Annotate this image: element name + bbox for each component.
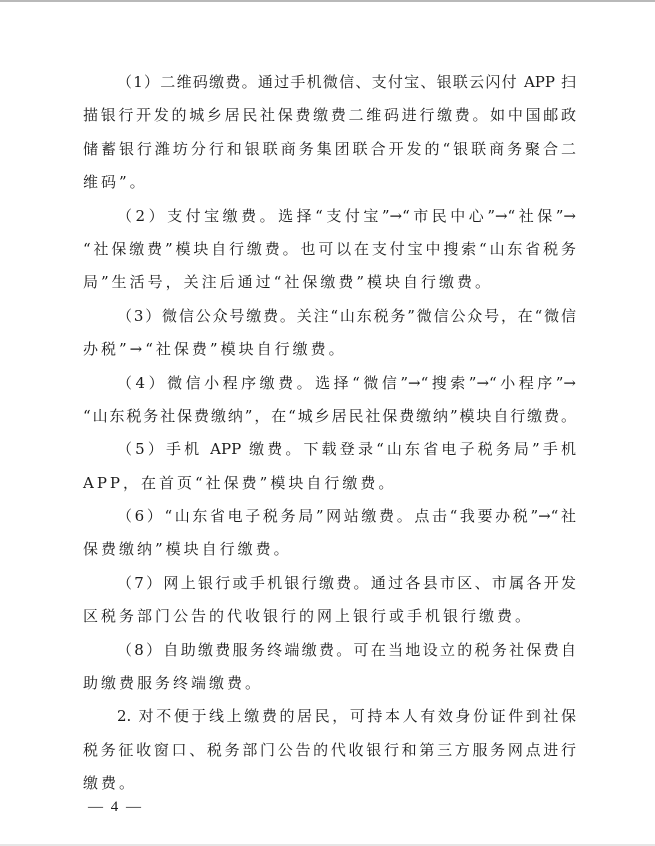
page-number: — 4 —	[88, 797, 143, 817]
page-top-border	[0, 0, 655, 2]
text-line: 描银行开发的城乡居民社保费缴费二维码进行缴费。如中国邮政	[83, 99, 576, 132]
text-line: （3）微信公众号缴费。关注“山东税务”微信公众号，在“微信	[83, 300, 576, 333]
text-line: 办税”→“社保费”模块自行缴费。	[83, 333, 576, 366]
text-line: 助缴费服务终端缴费。	[83, 667, 576, 700]
text-line: （6）“山东省电子税务局”网站缴费。点击“我要办税”→“社	[83, 500, 576, 533]
text-line: （4）微信小程序缴费。选择“微信”→“搜索”→“小程序”→	[83, 367, 576, 400]
text-line: 税务征收窗口、税务部门公告的代收银行和第三方服务网点进行	[83, 734, 576, 767]
text-line: （2）支付宝缴费。选择“支付宝”→“市民中心”→“社保”→	[83, 200, 576, 233]
text-line: （5）手机 APP 缴费。下载登录“山东省电子税务局”手机	[83, 433, 576, 466]
paragraph-qr-code-payment: （1）二维码缴费。通过手机微信、支付宝、银联云闪付 APP 扫 描银行开发的城乡…	[83, 66, 576, 200]
paragraph-online-banking-payment: （7）网上银行或手机银行缴费。通过各县市区、市属各开发 区税务部门公告的代收银行…	[83, 567, 576, 634]
paragraph-wechat-official-account-payment: （3）微信公众号缴费。关注“山东税务”微信公众号，在“微信 办税”→“社保费”模…	[83, 300, 576, 367]
text-line: 储蓄银行潍坊分行和银联商务集团联合开发的“银联商务聚合二	[83, 133, 576, 166]
text-line: 2. 对不便于线上缴费的居民，可持本人有效身份证件到社保	[83, 700, 576, 733]
text-line: 缴费。	[83, 767, 576, 800]
paragraph-self-service-terminal-payment: （8）自助缴费服务终端缴费。可在当地设立的税务社保费自 助缴费服务终端缴费。	[83, 634, 576, 701]
paragraph-wechat-mini-program-payment: （4）微信小程序缴费。选择“微信”→“搜索”→“小程序”→ “山东税务社保费缴纳…	[83, 367, 576, 434]
paragraph-e-tax-website-payment: （6）“山东省电子税务局”网站缴费。点击“我要办税”→“社 保费缴纳”模块自行缴…	[83, 500, 576, 567]
text-line: （8）自助缴费服务终端缴费。可在当地设立的税务社保费自	[83, 634, 576, 667]
text-line: “山东税务社保费缴纳”，在“城乡居民社保费缴纳”模块自行缴费。	[83, 400, 576, 433]
document-body: （1）二维码缴费。通过手机微信、支付宝、银联云闪付 APP 扫 描银行开发的城乡…	[83, 66, 576, 801]
text-line: 维码”。	[83, 166, 576, 199]
text-line: APP，在首页“社保费”模块自行缴费。	[83, 467, 576, 500]
paragraph-mobile-app-payment: （5）手机 APP 缴费。下载登录“山东省电子税务局”手机 APP，在首页“社保…	[83, 433, 576, 500]
paragraph-alipay-payment: （2）支付宝缴费。选择“支付宝”→“市民中心”→“社保”→ “社保缴费”模块自行…	[83, 200, 576, 300]
paragraph-offline-payment: 2. 对不便于线上缴费的居民，可持本人有效身份证件到社保 税务征收窗口、税务部门…	[83, 700, 576, 800]
text-line: 区税务部门公告的代收银行的网上银行或手机银行缴费。	[83, 600, 576, 633]
text-line: （1）二维码缴费。通过手机微信、支付宝、银联云闪付 APP 扫	[83, 66, 576, 99]
text-line: “社保缴费”模块自行缴费。也可以在支付宝中搜索“山东省税务	[83, 233, 576, 266]
text-line: 局”生活号，关注后通过“社保缴费”模块自行缴费。	[83, 266, 576, 299]
text-line: （7）网上银行或手机银行缴费。通过各县市区、市属各开发	[83, 567, 576, 600]
text-line: 保费缴纳”模块自行缴费。	[83, 533, 576, 566]
